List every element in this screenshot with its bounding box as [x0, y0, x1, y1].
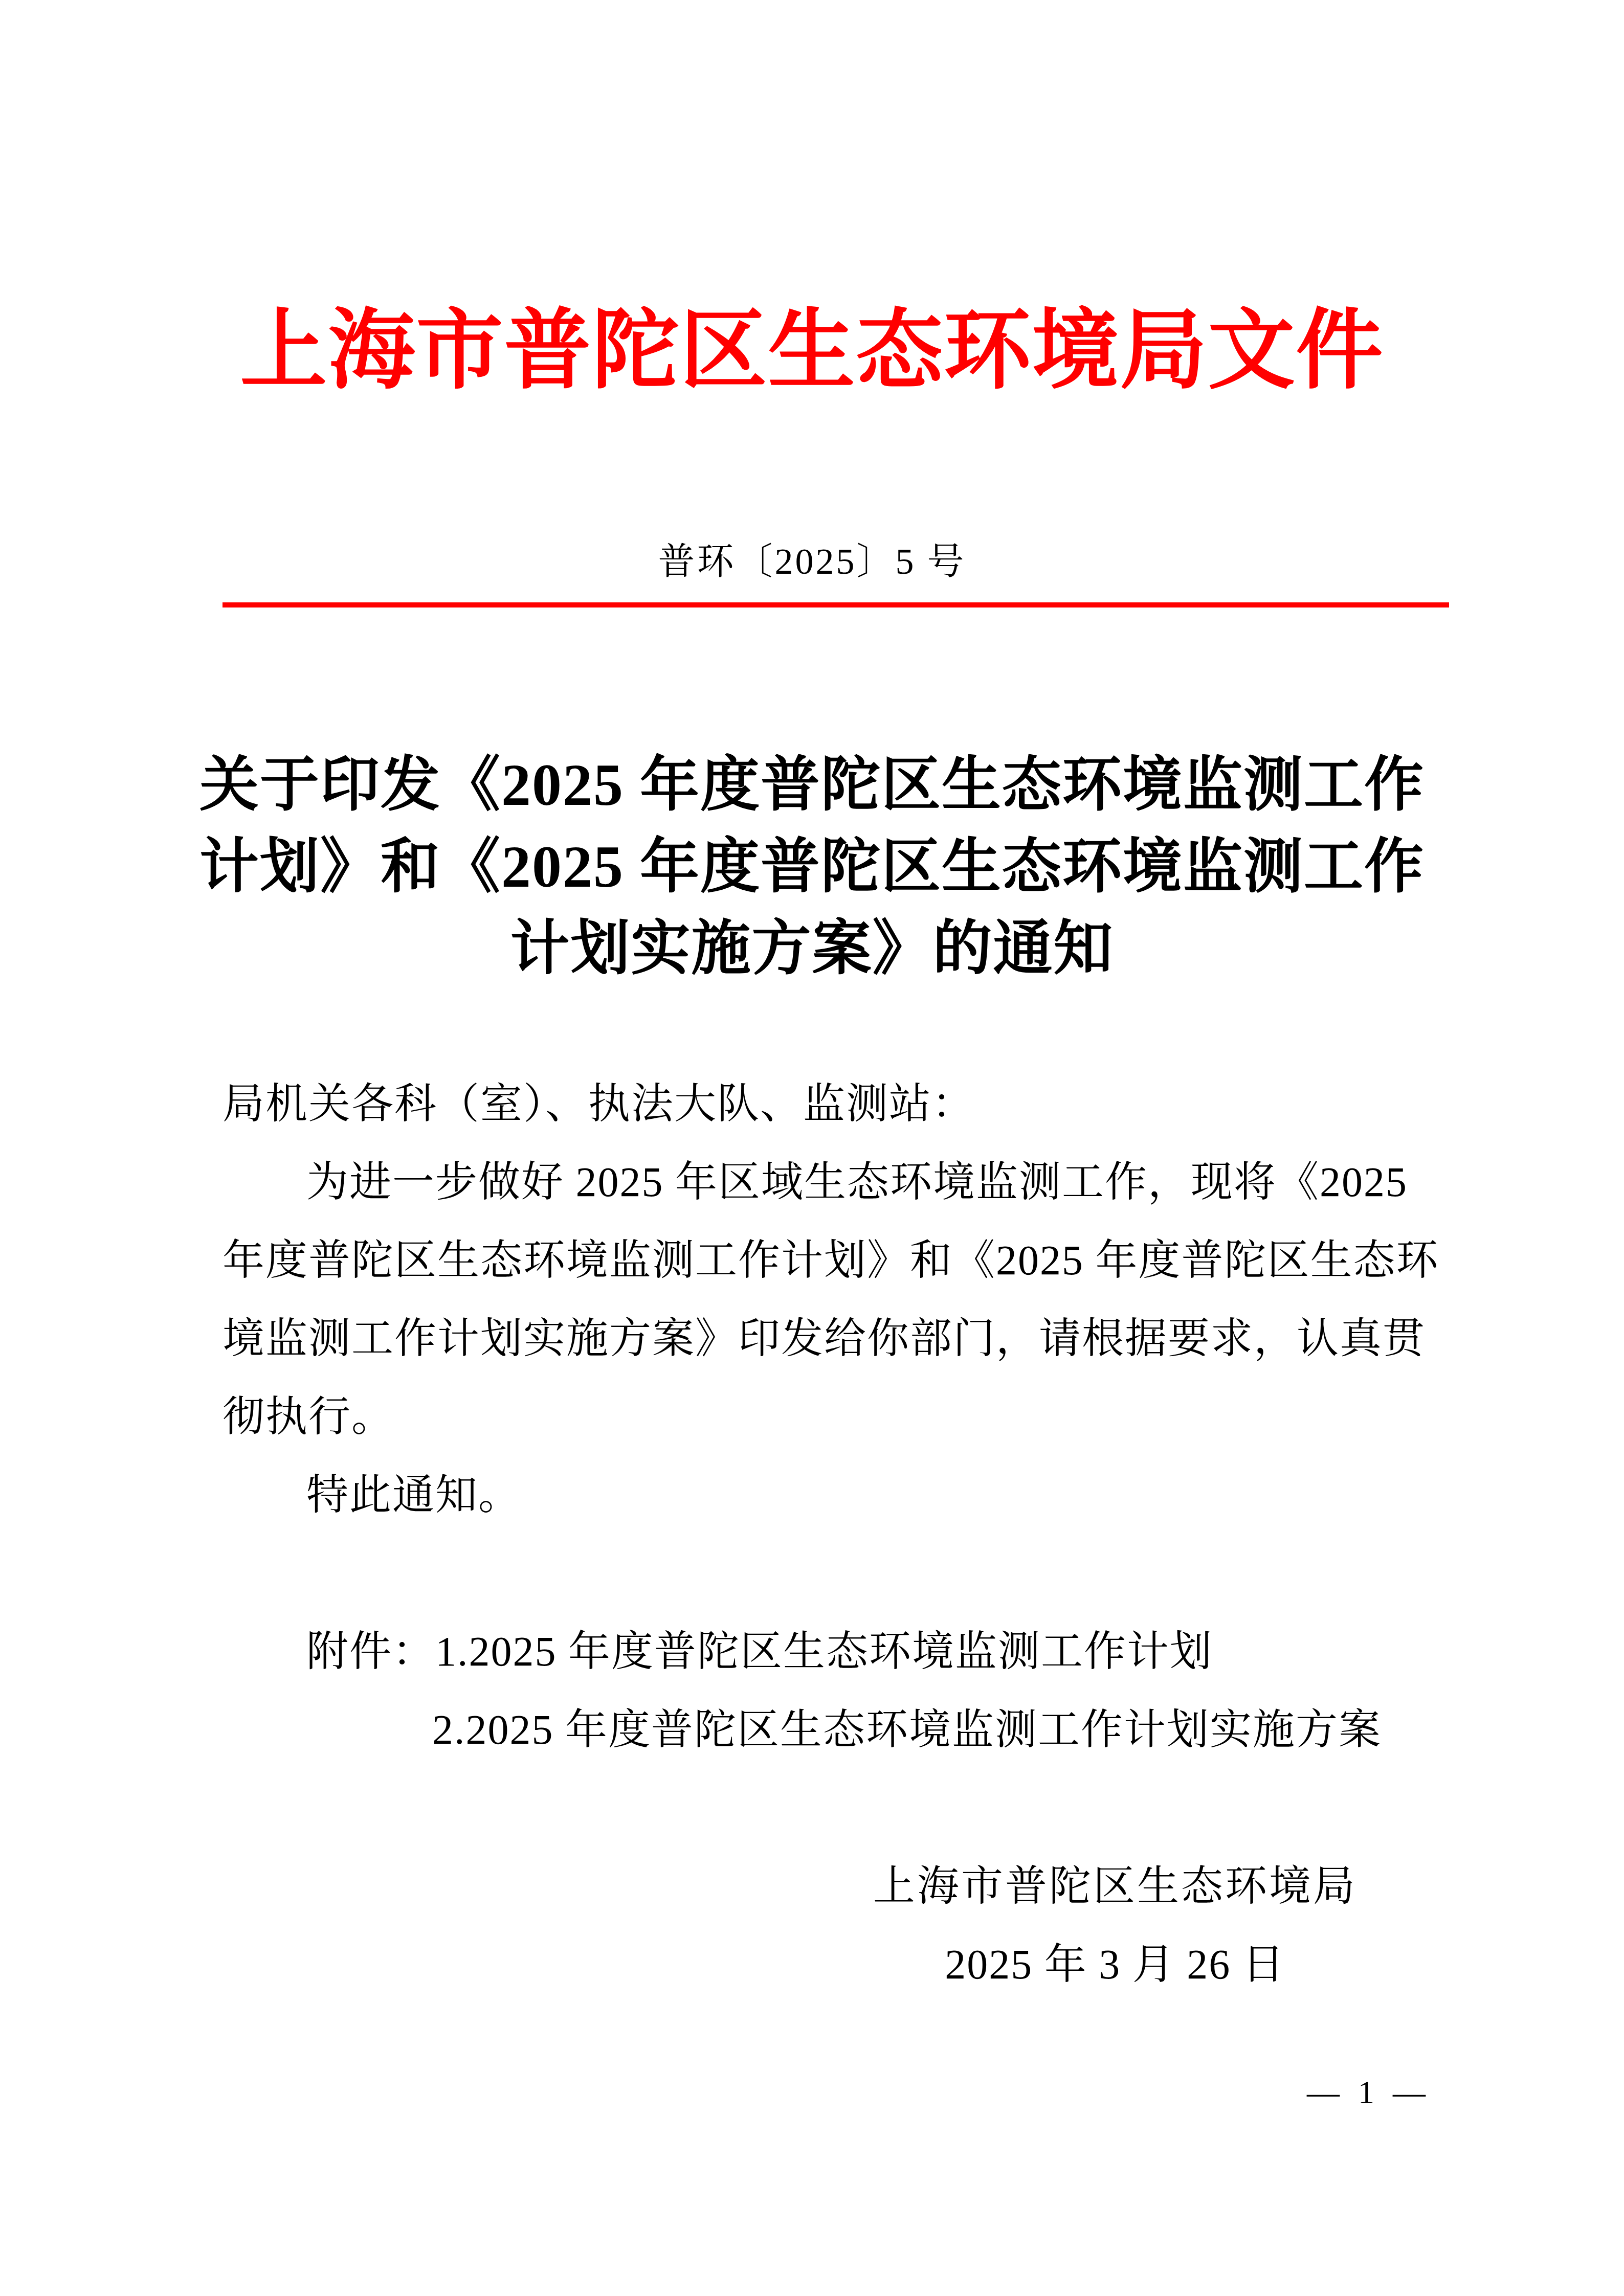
- closing-line: 特此通知。: [223, 1456, 1449, 1534]
- document-title-line-2: 计划》和《2025 年度普陀区生态环境监测工作: [153, 826, 1471, 908]
- signature-organization: 上海市普陀区生态环境局: [870, 1847, 1361, 1925]
- document-title-line-1: 关于印发《2025 年度普陀区生态环境监测工作: [153, 745, 1471, 826]
- doc-number: 普环〔2025〕5 号: [0, 536, 1624, 587]
- document-title-line-3: 计划实施方案》的通知: [153, 908, 1471, 990]
- document-body: 局机关各科（室）、执法大队、监测站： 为进一步做好 2025 年区域生态环境监测…: [223, 1065, 1449, 1769]
- page-number: — 1 —: [1307, 2072, 1431, 2113]
- salutation-line: 局机关各科（室）、执法大队、监测站：: [223, 1065, 1449, 1143]
- paragraph-line-2: 年度普陀区生态环境监测工作计划》和《2025 年度普陀区生态环: [223, 1221, 1449, 1299]
- red-header-title: 上海市普陀区生态环境局文件: [0, 298, 1624, 405]
- paragraph-line-4: 彻执行。: [223, 1378, 1449, 1456]
- blank-line: [223, 1534, 1449, 1612]
- red-divider-line: [223, 602, 1449, 607]
- signature-block: 上海市普陀区生态环境局 2025 年 3 月 26 日: [870, 1847, 1361, 2004]
- attachment-line-1: 附件：1.2025 年度普陀区生态环境监测工作计划: [223, 1612, 1449, 1691]
- document-page: 上海市普陀区生态环境局文件 普环〔2025〕5 号 关于印发《2025 年度普陀…: [0, 0, 1624, 2296]
- document-title: 关于印发《2025 年度普陀区生态环境监测工作 计划》和《2025 年度普陀区生…: [153, 745, 1471, 990]
- attachment-line-2: 2.2025 年度普陀区生态环境监测工作计划实施方案: [223, 1691, 1449, 1769]
- signature-date: 2025 年 3 月 26 日: [870, 1925, 1361, 2004]
- paragraph-line-1: 为进一步做好 2025 年区域生态环境监测工作，现将《2025: [223, 1143, 1449, 1221]
- paragraph-line-3: 境监测工作计划实施方案》印发给你部门，请根据要求，认真贯: [223, 1299, 1449, 1378]
